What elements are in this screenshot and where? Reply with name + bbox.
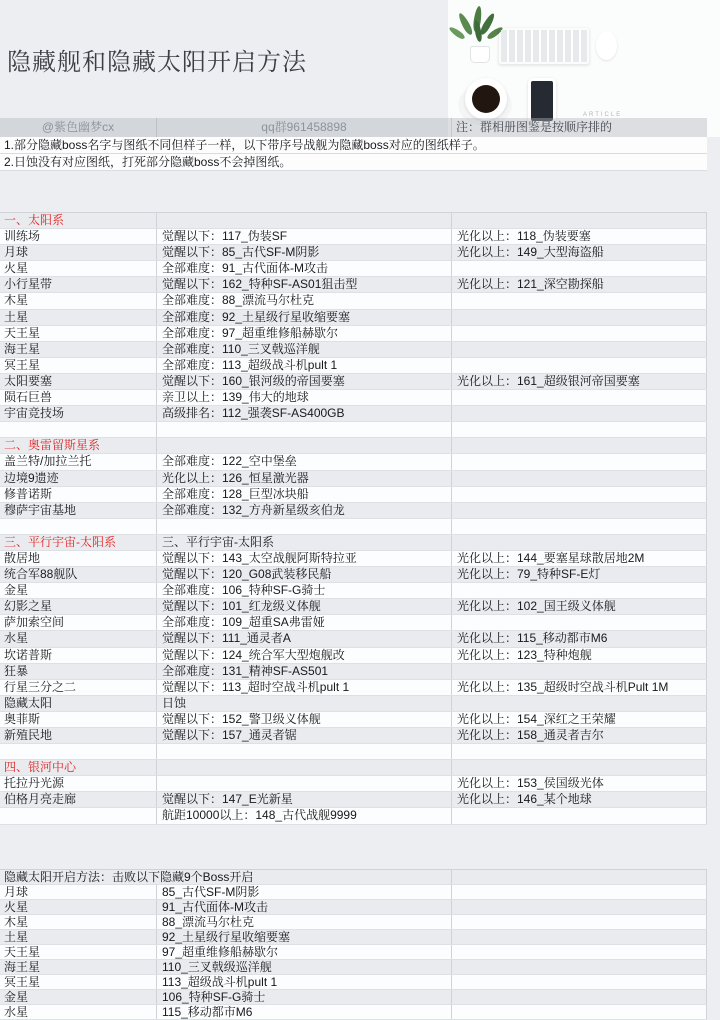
condition-cell: 亲卫以上：139_伟大的地球 bbox=[157, 390, 452, 405]
location-cell: 边境9遗迹 bbox=[0, 471, 157, 486]
location-cell: 天王星 bbox=[0, 326, 157, 341]
location-cell bbox=[0, 422, 157, 437]
boss-cell: 88_漂流马尔杜克 bbox=[157, 915, 452, 929]
table-row: 小行星带觉醒以下：162_特种SF-AS01狙击型光化以上：121_深空勘探船 bbox=[0, 277, 707, 293]
condition-cell: 日蚀 bbox=[157, 696, 452, 711]
photon-condition-cell: 光化以上：158_通灵者吉尔 bbox=[452, 728, 707, 743]
planet-cell: 水星 bbox=[0, 1005, 157, 1019]
condition-cell: 全部难度：92_土星级行星收缩要塞 bbox=[157, 310, 452, 325]
table-row bbox=[0, 519, 707, 535]
photon-condition-cell bbox=[452, 342, 707, 357]
hidden-sun-table: 隐藏太阳开启方法：击败以下隐藏9个Boss开启月球85_古代SF-M阴影火星91… bbox=[0, 869, 707, 1020]
table-row: 奥菲斯觉醒以下：152_警卫级义体舰光化以上：154_深红之王荣耀 bbox=[0, 712, 707, 728]
photon-condition-cell bbox=[452, 213, 707, 228]
photon-condition-cell bbox=[452, 535, 707, 550]
location-cell: 木星 bbox=[0, 293, 157, 308]
empty-cell bbox=[452, 960, 707, 974]
condition-cell bbox=[157, 438, 452, 453]
location-cell: 土星 bbox=[0, 310, 157, 325]
planet-cell: 海王星 bbox=[0, 960, 157, 974]
photon-condition-cell bbox=[452, 519, 707, 534]
location-cell: 宇宙竞技场 bbox=[0, 406, 157, 421]
condition-cell: 觉醒以下：117_伪装SF bbox=[157, 229, 452, 244]
photon-condition-cell bbox=[452, 390, 707, 405]
location-cell: 统合军88舰队 bbox=[0, 567, 157, 582]
empty-cell bbox=[452, 885, 707, 899]
table-row: 土星全部难度：92_土星级行星收缩要塞 bbox=[0, 310, 707, 326]
qq-group: qq群961458898 bbox=[157, 118, 452, 137]
table-row: 散居地觉醒以下：143_太空战舰阿斯特拉亚光化以上：144_要塞星球散居地2M bbox=[0, 551, 707, 567]
condition-cell: 觉醒以下：143_太空战舰阿斯特拉亚 bbox=[157, 551, 452, 566]
photon-condition-cell: 光化以上：144_要塞星球散居地2M bbox=[452, 551, 707, 566]
location-cell: 奥菲斯 bbox=[0, 712, 157, 727]
boss-location-table: 一、太阳系训练场觉醒以下：117_伪装SF光化以上：118_伪装要塞月球觉醒以下… bbox=[0, 212, 707, 825]
table-row: 太阳要塞觉醒以下：160_银河级的帝国要塞光化以上：161_超级银河帝国要塞 bbox=[0, 374, 707, 390]
condition-cell: 全部难度：113_超级战斗机pult 1 bbox=[157, 358, 452, 373]
location-cell: 修普诺斯 bbox=[0, 487, 157, 502]
empty-cell bbox=[452, 1005, 707, 1019]
photon-condition-cell bbox=[452, 406, 707, 421]
album-note: 注：群相册图鉴是按顺序排的 bbox=[452, 118, 707, 137]
photon-condition-cell: 光化以上：79_特种SF-E灯 bbox=[452, 567, 707, 582]
table-row: 训练场觉醒以下：117_伪装SF光化以上：118_伪装要塞 bbox=[0, 229, 707, 245]
table-row: 冥王星113_超级战斗机pult 1 bbox=[0, 975, 707, 990]
table-row: 天王星全部难度：97_超重维修船赫歇尔 bbox=[0, 326, 707, 342]
table-row: 海王星全部难度：110_三叉戟巡洋舰 bbox=[0, 342, 707, 358]
table-row: 月球觉醒以下：85_古代SF-M阴影光化以上：149_大型海盗船 bbox=[0, 245, 707, 261]
condition-cell: 全部难度：88_漂流马尔杜克 bbox=[157, 293, 452, 308]
table-row: 金星全部难度：106_特种SF-G骑士 bbox=[0, 583, 707, 599]
planet-cell: 月球 bbox=[0, 885, 157, 899]
location-cell: 月球 bbox=[0, 245, 157, 260]
photon-condition-cell bbox=[452, 744, 707, 759]
condition-cell: 觉醒以下：162_特种SF-AS01狙击型 bbox=[157, 277, 452, 292]
table-row: 二、奥雷留斯星系 bbox=[0, 438, 707, 454]
planet-cell: 金星 bbox=[0, 990, 157, 1004]
table-row: 隐藏太阳日蚀 bbox=[0, 696, 707, 712]
photon-condition-cell: 光化以上：123_特种炮舰 bbox=[452, 648, 707, 663]
table-row: 萨加索空间全部难度：109_超重SA弗雷娅 bbox=[0, 615, 707, 631]
photon-condition-cell: 光化以上：121_深空勘探船 bbox=[452, 277, 707, 292]
table-row: 金星106_特种SF-G骑士 bbox=[0, 990, 707, 1005]
photon-condition-cell bbox=[452, 487, 707, 502]
location-cell bbox=[0, 808, 157, 823]
photon-condition-cell: 光化以上：146_某个地球 bbox=[452, 792, 707, 807]
table-row: 火星全部难度：91_古代面体-M攻击 bbox=[0, 261, 707, 277]
condition-cell: 三、平行宇宙-太阳系 bbox=[157, 535, 452, 550]
boss-cell: 92_土星级行星收缩要塞 bbox=[157, 930, 452, 944]
photon-condition-cell bbox=[452, 358, 707, 373]
condition-cell: 高级排名：112_强袭SF-AS400GB bbox=[157, 406, 452, 421]
table-row bbox=[0, 422, 707, 438]
table-row: 冥王星全部难度：113_超级战斗机pult 1 bbox=[0, 358, 707, 374]
coffee-icon bbox=[472, 85, 500, 113]
table-row: 木星全部难度：88_漂流马尔杜克 bbox=[0, 293, 707, 309]
table-row: 行星三分之二觉醒以下：113_超时空战斗机pult 1光化以上：135_超级时空… bbox=[0, 680, 707, 696]
plant-pot bbox=[470, 46, 490, 63]
boss-cell: 91_古代面体-M攻击 bbox=[157, 900, 452, 914]
location-cell: 水星 bbox=[0, 631, 157, 646]
condition-cell: 觉醒以下：111_通灵者A bbox=[157, 631, 452, 646]
photon-condition-cell bbox=[452, 261, 707, 276]
table-row: 木星88_漂流马尔杜克 bbox=[0, 915, 707, 930]
boss-cell: 115_移动都市M6 bbox=[157, 1005, 452, 1019]
table-row: 伯格月亮走廊觉醒以下：147_E光新星光化以上：146_某个地球 bbox=[0, 792, 707, 808]
location-cell: 二、奥雷留斯星系 bbox=[0, 438, 157, 453]
table-row: 统合军88舰队觉醒以下：120_G08武装移民船光化以上：79_特种SF-E灯 bbox=[0, 567, 707, 583]
table-row: 天王星97_超重维修船赫歇尔 bbox=[0, 945, 707, 960]
table-row: 土星92_土星级行星收缩要塞 bbox=[0, 930, 707, 945]
location-cell: 冥王星 bbox=[0, 358, 157, 373]
location-cell: 新殖民地 bbox=[0, 728, 157, 743]
photon-condition-cell bbox=[452, 471, 707, 486]
table-row: 穆萨宇宙基地全部难度：132_方舟新星级亥伯龙 bbox=[0, 503, 707, 519]
desk-photo: ARTICLE bbox=[448, 0, 720, 137]
condition-cell: 全部难度：122_空中堡垒 bbox=[157, 454, 452, 469]
guide-sheet-page: ARTICLE 隐藏舰和隐藏太阳开启方法 @紫色幽梦cx qq群96145889… bbox=[0, 0, 720, 1020]
photon-condition-cell bbox=[452, 583, 707, 598]
hidden-sun-header: 隐藏太阳开启方法：击败以下隐藏9个Boss开启 bbox=[0, 870, 452, 884]
condition-cell: 航距10000以上：148_古代战舰9999 bbox=[157, 808, 452, 823]
location-cell: 幻影之星 bbox=[0, 599, 157, 614]
author-name: @紫色幽梦cx bbox=[0, 118, 157, 137]
info-bar: @紫色幽梦cx qq群961458898 注：群相册图鉴是按顺序排的 bbox=[0, 118, 707, 137]
condition-cell: 觉醒以下：120_G08武装移民船 bbox=[157, 567, 452, 582]
table-row: 航距10000以上：148_古代战舰9999 bbox=[0, 808, 707, 824]
photon-condition-cell bbox=[452, 293, 707, 308]
table-row: 陨石巨兽亲卫以上：139_伟大的地球 bbox=[0, 390, 707, 406]
location-cell: 狂暴 bbox=[0, 664, 157, 679]
photon-condition-cell bbox=[452, 454, 707, 469]
condition-cell: 觉醒以下：101_红龙级义体舰 bbox=[157, 599, 452, 614]
empty-cell bbox=[452, 930, 707, 944]
table-row: 水星115_移动都市M6 bbox=[0, 1005, 707, 1020]
photon-condition-cell: 光化以上：153_侯国级光体 bbox=[452, 776, 707, 791]
condition-cell: 全部难度：106_特种SF-G骑士 bbox=[157, 583, 452, 598]
condition-cell: 觉醒以下：85_古代SF-M阴影 bbox=[157, 245, 452, 260]
condition-cell bbox=[157, 213, 452, 228]
table-row: 火星91_古代面体-M攻击 bbox=[0, 900, 707, 915]
table-row: 狂暴全部难度：131_精神SF-AS501 bbox=[0, 664, 707, 680]
condition-cell: 全部难度：109_超重SA弗雷娅 bbox=[157, 615, 452, 630]
condition-cell: 全部难度：131_精神SF-AS501 bbox=[157, 664, 452, 679]
table-row: 一、太阳系 bbox=[0, 213, 707, 229]
location-cell: 金星 bbox=[0, 583, 157, 598]
photon-condition-cell bbox=[452, 503, 707, 518]
table-row: 三、平行宇宙-太阳系三、平行宇宙-太阳系 bbox=[0, 535, 707, 551]
location-cell: 海王星 bbox=[0, 342, 157, 357]
table-row: 托拉丹光源光化以上：153_侯国级光体 bbox=[0, 776, 707, 792]
location-cell: 一、太阳系 bbox=[0, 213, 157, 228]
location-cell bbox=[0, 519, 157, 534]
table-row: 月球85_古代SF-M阴影 bbox=[0, 885, 707, 900]
location-cell bbox=[0, 744, 157, 759]
location-cell: 伯格月亮走廊 bbox=[0, 792, 157, 807]
table-row: 幻影之星觉醒以下：101_红龙级义体舰光化以上：102_国王级义体舰 bbox=[0, 599, 707, 615]
condition-cell bbox=[157, 519, 452, 534]
location-cell: 太阳要塞 bbox=[0, 374, 157, 389]
location-cell: 坎诺普斯 bbox=[0, 648, 157, 663]
condition-cell: 觉醒以下：152_警卫级义体舰 bbox=[157, 712, 452, 727]
table-row: 修普诺斯全部难度：128_巨型冰块船 bbox=[0, 487, 707, 503]
condition-cell: 觉醒以下：113_超时空战斗机pult 1 bbox=[157, 680, 452, 695]
boss-cell: 85_古代SF-M阴影 bbox=[157, 885, 452, 899]
photon-condition-cell bbox=[452, 808, 707, 823]
keyboard-icon bbox=[498, 27, 590, 65]
location-cell: 陨石巨兽 bbox=[0, 390, 157, 405]
photon-condition-cell: 光化以上：115_移动都市M6 bbox=[452, 631, 707, 646]
location-cell: 训练场 bbox=[0, 229, 157, 244]
photon-condition-cell bbox=[452, 326, 707, 341]
table-row: 边境9遗迹光化以上：126_恒星激光器 bbox=[0, 471, 707, 487]
photon-condition-cell bbox=[452, 438, 707, 453]
table-row: 坎诺普斯觉醒以下：124_统合军大型炮舰改光化以上：123_特种炮舰 bbox=[0, 648, 707, 664]
condition-cell: 全部难度：91_古代面体-M攻击 bbox=[157, 261, 452, 276]
empty-cell bbox=[452, 900, 707, 914]
empty-cell bbox=[452, 945, 707, 959]
table-row bbox=[0, 744, 707, 760]
condition-cell bbox=[157, 422, 452, 437]
planet-cell: 土星 bbox=[0, 930, 157, 944]
notes-block: 1.部分隐藏boss名字与图纸不同但样子一样，以下带序号战舰为隐藏boss对应的… bbox=[0, 137, 707, 171]
location-cell: 三、平行宇宙-太阳系 bbox=[0, 535, 157, 550]
condition-cell: 全部难度：128_巨型冰块船 bbox=[157, 487, 452, 502]
boss-cell: 97_超重维修船赫歇尔 bbox=[157, 945, 452, 959]
empty-cell bbox=[452, 990, 707, 1004]
note-line-2: 2.日蚀没有对应图纸，打死部分隐藏boss不会掉图纸。 bbox=[0, 154, 707, 171]
table-row: 水星觉醒以下：111_通灵者A光化以上：115_移动都市M6 bbox=[0, 631, 707, 647]
location-cell: 行星三分之二 bbox=[0, 680, 157, 695]
condition-cell: 觉醒以下：160_银河级的帝国要塞 bbox=[157, 374, 452, 389]
photon-condition-cell: 光化以上：135_超级时空战斗机Pult 1M bbox=[452, 680, 707, 695]
planet-cell: 冥王星 bbox=[0, 975, 157, 989]
location-cell: 火星 bbox=[0, 261, 157, 276]
photon-condition-cell bbox=[452, 615, 707, 630]
table-row: 盖兰特/加拉兰托全部难度：122_空中堡垒 bbox=[0, 454, 707, 470]
photon-condition-cell bbox=[452, 310, 707, 325]
hidden-sun-header-row: 隐藏太阳开启方法：击败以下隐藏9个Boss开启 bbox=[0, 870, 707, 885]
boss-cell: 113_超级战斗机pult 1 bbox=[157, 975, 452, 989]
planet-cell: 天王星 bbox=[0, 945, 157, 959]
condition-cell: 全部难度：110_三叉戟巡洋舰 bbox=[157, 342, 452, 357]
location-cell: 隐藏太阳 bbox=[0, 696, 157, 711]
photon-condition-cell bbox=[452, 664, 707, 679]
location-cell: 盖兰特/加拉兰托 bbox=[0, 454, 157, 469]
photon-condition-cell: 光化以上：102_国王级义体舰 bbox=[452, 599, 707, 614]
condition-cell bbox=[157, 776, 452, 791]
page-title: 隐藏舰和隐藏太阳开启方法 bbox=[7, 42, 307, 77]
photon-condition-cell: 光化以上：161_超级银河帝国要塞 bbox=[452, 374, 707, 389]
photon-condition-cell bbox=[452, 696, 707, 711]
condition-cell: 觉醒以下：157_通灵者锯 bbox=[157, 728, 452, 743]
location-cell: 穆萨宇宙基地 bbox=[0, 503, 157, 518]
photon-condition-cell bbox=[452, 760, 707, 775]
empty-cell bbox=[452, 975, 707, 989]
condition-cell: 全部难度：132_方舟新星级亥伯龙 bbox=[157, 503, 452, 518]
planet-cell: 木星 bbox=[0, 915, 157, 929]
photon-condition-cell: 光化以上：149_大型海盗船 bbox=[452, 245, 707, 260]
note-line-1: 1.部分隐藏boss名字与图纸不同但样子一样，以下带序号战舰为隐藏boss对应的… bbox=[0, 137, 707, 154]
location-cell: 散居地 bbox=[0, 551, 157, 566]
table-row: 新殖民地觉醒以下：157_通灵者锯光化以上：158_通灵者吉尔 bbox=[0, 728, 707, 744]
condition-cell: 觉醒以下：147_E光新星 bbox=[157, 792, 452, 807]
boss-cell: 106_特种SF-G骑士 bbox=[157, 990, 452, 1004]
location-cell: 小行星带 bbox=[0, 277, 157, 292]
condition-cell: 觉醒以下：124_统合军大型炮舰改 bbox=[157, 648, 452, 663]
photon-condition-cell: 光化以上：154_深红之王荣耀 bbox=[452, 712, 707, 727]
condition-cell: 光化以上：126_恒星激光器 bbox=[157, 471, 452, 486]
table-row: 四、银河中心 bbox=[0, 760, 707, 776]
photon-condition-cell: 光化以上：118_伪装要塞 bbox=[452, 229, 707, 244]
boss-cell: 110_三叉戟级巡洋舰 bbox=[157, 960, 452, 974]
mouse-icon bbox=[596, 31, 617, 60]
location-cell: 萨加索空间 bbox=[0, 615, 157, 630]
photon-condition-cell bbox=[452, 422, 707, 437]
planet-cell: 火星 bbox=[0, 900, 157, 914]
location-cell: 托拉丹光源 bbox=[0, 776, 157, 791]
location-cell: 四、银河中心 bbox=[0, 760, 157, 775]
condition-cell: 全部难度：97_超重维修船赫歇尔 bbox=[157, 326, 452, 341]
empty-cell bbox=[452, 870, 707, 884]
condition-cell bbox=[157, 760, 452, 775]
table-row: 海王星110_三叉戟级巡洋舰 bbox=[0, 960, 707, 975]
empty-cell bbox=[452, 915, 707, 929]
condition-cell bbox=[157, 744, 452, 759]
table-row: 宇宙竞技场高级排名：112_强袭SF-AS400GB bbox=[0, 406, 707, 422]
